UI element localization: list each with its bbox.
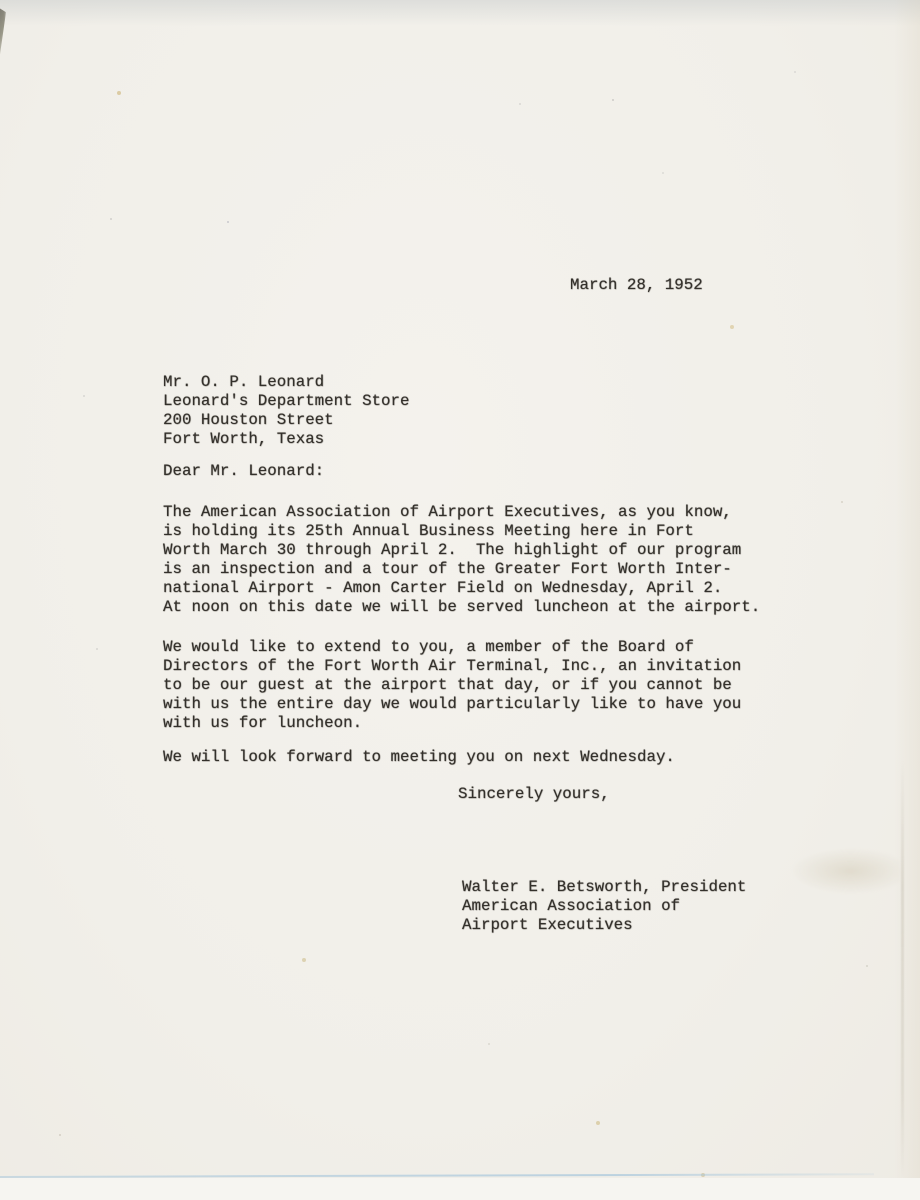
signature-block: Walter E. Betsworth, President American …: [462, 878, 746, 935]
scanned-letter-page: March 28, 1952 Mr. O. P. Leonard Leonard…: [0, 0, 920, 1200]
recipient-address: Mr. O. P. Leonard Leonard's Department S…: [163, 373, 409, 449]
body-paragraph-3: We will look forward to meeting you on n…: [163, 748, 675, 767]
salutation: Dear Mr. Leonard:: [163, 462, 324, 481]
scan-corner-artifact: [0, 6, 6, 58]
body-paragraph-1: The American Association of Airport Exec…: [163, 503, 760, 617]
paper-smudge: [790, 848, 900, 894]
body-paragraph-2: We would like to extend to you, a member…: [163, 638, 741, 733]
paper-right-crease: [901, 760, 904, 1176]
closing-line: Sincerely yours,: [458, 785, 610, 804]
scanner-bed-strip: [0, 1178, 920, 1200]
scan-right-shading: [894, 0, 920, 1200]
scan-top-shading: [0, 0, 920, 26]
paper-speckles: [0, 0, 2, 2]
letter-date: March 28, 1952: [570, 276, 703, 295]
